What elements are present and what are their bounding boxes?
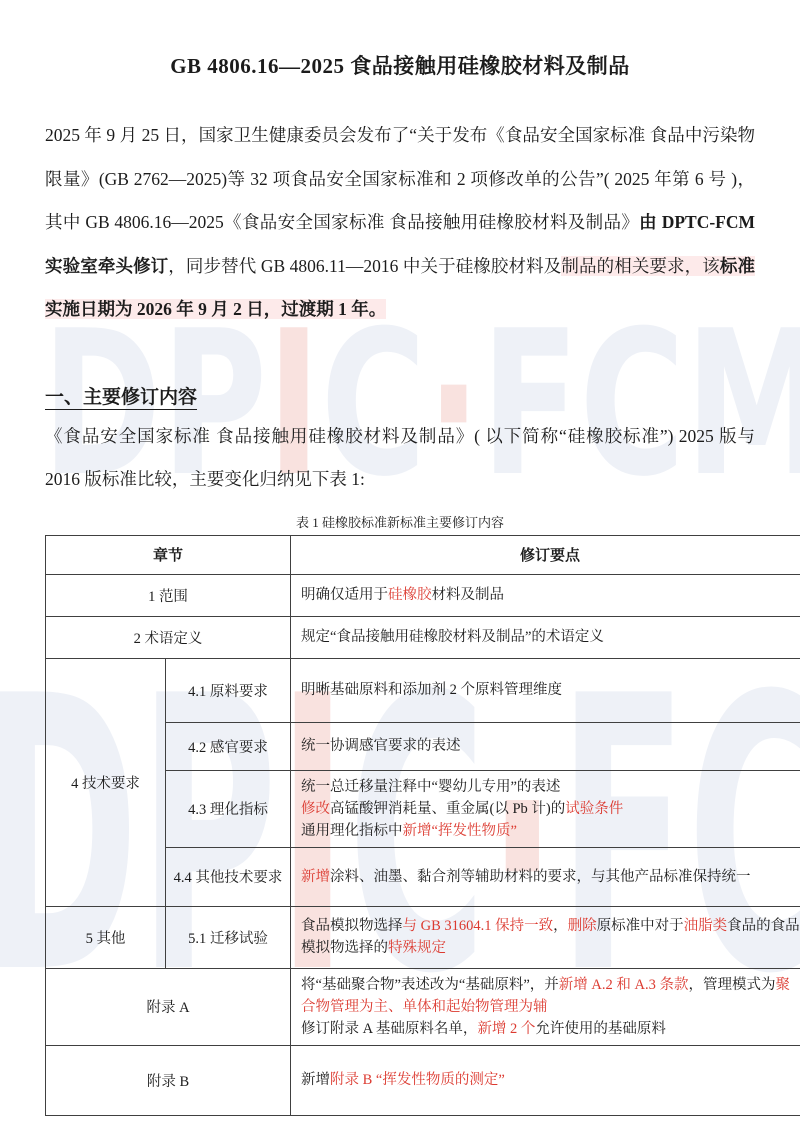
points-cell: 统一总迁移量注释中“婴幼儿专用”的表述修改高锰酸钾消耗量、重金属(以 Pb 计)… (291, 770, 800, 847)
text-segment: 特殊规定 (388, 940, 446, 956)
text-segment: 涂料、油墨、黏合剂等辅助材料的要求，与其他产品标准保持统一 (330, 869, 751, 885)
text-segment: ， (553, 918, 568, 934)
points-cell: 新增附录 B “挥发性物质的测定” (291, 1045, 800, 1115)
text-segment: 将“基础聚合物”表述改为“基础原料”，并 (301, 977, 559, 993)
chapter-cell: 附录 A (46, 968, 291, 1045)
text-segment: 通用理化指标中 (301, 823, 403, 839)
table-row: 附录 B新增附录 B “挥发性物质的测定” (46, 1045, 800, 1115)
text-segment: 修订附录 A 基础原料名单， (301, 1021, 477, 1037)
document-content: GB 4806.16—2025 食品接触用硅橡胶材料及制品 2025 年 9 月… (0, 0, 800, 1116)
table-row: 2 术语定义规定“食品接触用硅橡胶材料及制品”的术语定义 (46, 616, 800, 658)
chapter-cell: 5.1 迁移试验 (166, 906, 291, 968)
text-segment: 统一总迁移量注释中“婴幼儿专用”的表述 (301, 779, 560, 795)
point-line: 新增附录 B “挥发性物质的测定” (301, 1069, 800, 1091)
point-line: 食品模拟物选择与 GB 31604.1 保持一致，删除原标准中对于油脂类食品的食… (301, 915, 800, 959)
table-row: 5 其他5.1 迁移试验食品模拟物选择与 GB 31604.1 保持一致，删除原… (46, 906, 800, 968)
text-segment: ，管理模式为 (688, 977, 775, 993)
text-segment: 试验条件 (565, 801, 623, 817)
document-title: GB 4806.16—2025 食品接触用硅橡胶材料及制品 (45, 0, 755, 80)
table-row: 4 技术要求4.1 原料要求明晰基础原料和添加剂 2 个原料管理维度 (46, 658, 800, 722)
points-cell: 明确仅适用于硅橡胶材料及制品 (291, 574, 800, 616)
table-row: 1 范围明确仅适用于硅橡胶材料及制品 (46, 574, 800, 616)
text-segment: 新增 A.2 和 A.3 条款 (559, 977, 689, 993)
points-cell: 新增涂料、油墨、黏合剂等辅助材料的要求，与其他产品标准保持统一 (291, 847, 800, 906)
text-segment: 硅橡胶 (388, 587, 432, 603)
point-line: 修改高锰酸钾消耗量、重金属(以 Pb 计)的试验条件 (301, 798, 800, 820)
text-segment: 材料及制品 (432, 587, 505, 603)
point-line: 新增涂料、油墨、黏合剂等辅助材料的要求，与其他产品标准保持统一 (301, 866, 800, 888)
text-segment: 高锰酸钾消耗量、重金属(以 Pb 计)的 (330, 801, 565, 817)
text-segment: 明晰基础原料和添加剂 2 个原料管理维度 (301, 682, 562, 698)
chapter-group-cell: 5 其他 (46, 906, 166, 968)
chapter-cell: 1 范围 (46, 574, 291, 616)
chapter-cell: 4.2 感官要求 (166, 722, 291, 770)
section-heading-text: 一、主要修订内容 (45, 387, 197, 408)
intro-paragraph: 2025 年 9 月 25 日，国家卫生健康委员会发布了“关于发布《食品安全国家… (45, 114, 755, 332)
points-cell: 将“基础聚合物”表述改为“基础原料”，并新增 A.2 和 A.3 条款，管理模式… (291, 968, 800, 1045)
text-segment: 油脂类 (684, 918, 728, 934)
text-segment: 规定“食品接触用硅橡胶材料及制品”的术语定义 (301, 629, 604, 645)
point-line: 规定“食品接触用硅橡胶材料及制品”的术语定义 (301, 626, 800, 648)
point-line: 统一协调感官要求的表述 (301, 735, 800, 757)
text-segment: 食品模拟物选择 (301, 918, 403, 934)
points-cell: 统一协调感官要求的表述 (291, 722, 800, 770)
text-segment: 修改 (301, 801, 330, 817)
text-segment: 明确仅适用于 (301, 587, 388, 603)
point-line: 将“基础聚合物”表述改为“基础原料”，并新增 A.2 和 A.3 条款，管理模式… (301, 974, 800, 1018)
text-segment: 允许使用的基础原料 (535, 1021, 666, 1037)
chapter-cell: 4.3 理化指标 (166, 770, 291, 847)
document-page: DPIC·FCM DPIC·FCM GB 4806.16—2025 食品接触用硅… (0, 0, 800, 1131)
points-cell: 明晰基础原料和添加剂 2 个原料管理维度 (291, 658, 800, 722)
point-line: 明晰基础原料和添加剂 2 个原料管理维度 (301, 679, 800, 701)
text-segment: 新增 (301, 869, 330, 885)
section-lead-paragraph: 《食品安全国家标准 食品接触用硅橡胶材料及制品》( 以下简称“硅橡胶标准”) 2… (45, 415, 755, 502)
text-segment: 制品的相关要求，该 (561, 256, 720, 276)
chapter-cell: 附录 B (46, 1045, 291, 1115)
chapter-group-cell: 4 技术要求 (46, 658, 166, 906)
text-segment: 新增 2 个 (477, 1021, 535, 1037)
column-header-points: 修订要点 (291, 535, 800, 574)
text-segment: 统一协调感官要求的表述 (301, 738, 461, 754)
chapter-cell: 4.1 原料要求 (166, 658, 291, 722)
table-row: 附录 A将“基础聚合物”表述改为“基础原料”，并新增 A.2 和 A.3 条款，… (46, 968, 800, 1045)
section-heading: 一、主要修订内容 (45, 382, 755, 409)
chapter-cell: 4.4 其他技术要求 (166, 847, 291, 906)
table-header-row: 章节 修订要点 (46, 535, 800, 574)
table-caption: 表 1 硅橡胶标准新标准主要修订内容 (45, 512, 755, 531)
text-segment: 新增 (301, 1072, 330, 1088)
chapter-cell: 2 术语定义 (46, 616, 291, 658)
point-line: 修订附录 A 基础原料名单，新增 2 个允许使用的基础原料 (301, 1018, 800, 1040)
point-line: 统一总迁移量注释中“婴幼儿专用”的表述 (301, 776, 800, 798)
points-cell: 食品模拟物选择与 GB 31604.1 保持一致，删除原标准中对于油脂类食品的食… (291, 906, 800, 968)
text-segment: 原标准中对于 (597, 918, 684, 934)
points-cell: 规定“食品接触用硅橡胶材料及制品”的术语定义 (291, 616, 800, 658)
text-segment: 与 GB 31604.1 保持一致 (403, 918, 554, 934)
text-segment: ，同步替代 GB 4806.11—2016 中关于硅橡胶材料及 (168, 256, 561, 276)
point-line: 明确仅适用于硅橡胶材料及制品 (301, 584, 800, 606)
revision-table: 章节 修订要点 1 范围明确仅适用于硅橡胶材料及制品2 术语定义规定“食品接触用… (45, 535, 800, 1116)
point-line: 通用理化指标中新增“挥发性物质” (301, 820, 800, 842)
text-segment: 新增“挥发性物质” (403, 823, 517, 839)
column-header-chapter: 章节 (46, 535, 291, 574)
text-segment: 删除 (568, 918, 597, 934)
text-segment: 附录 B “挥发性物质的测定” (330, 1072, 505, 1088)
